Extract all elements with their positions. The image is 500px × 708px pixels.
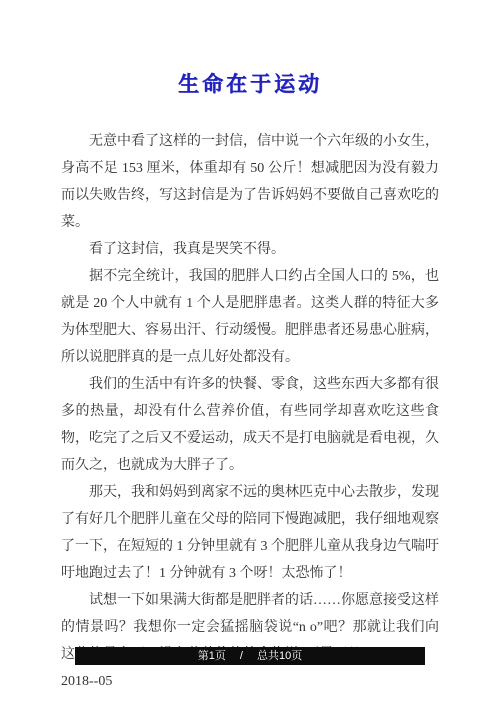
paragraph-reaction: 看了这封信，我真是哭笑不得。 <box>61 236 439 263</box>
date-line: 2018--05 <box>61 668 439 695</box>
footer-total-pages: 总共10页 <box>257 647 302 665</box>
document-title: 生命在于运动 <box>0 0 500 98</box>
page-footer-bar: 第1页/总共10页 <box>75 647 425 665</box>
document-page: 生命在于运动 无意中看了这样的一封信，信中说一个六年级的小女生，身高不足 153… <box>0 0 500 708</box>
paragraph-olympic-center: 那天，我和妈妈到离家不远的奥林匹克中心去散步，发现了有好几个肥胖儿童在父母的陪同… <box>61 479 439 587</box>
footer-separator: / <box>240 647 243 665</box>
paragraph-snacks: 我们的生活中有许多的快餐、零食，这些东西大多都有很多的热量，却没有什么营养价值，… <box>61 371 439 479</box>
footer-current-page: 第1页 <box>198 647 226 665</box>
paragraph-statistics: 据不完全统计，我国的肥胖人口约占全国人口的 5%，也就是 20 个人中就有 1 … <box>61 263 439 371</box>
document-body: 无意中看了这样的一封信，信中说一个六年级的小女生，身高不足 153 厘米，体重却… <box>61 128 439 695</box>
paragraph-intro-letter: 无意中看了这样的一封信，信中说一个六年级的小女生，身高不足 153 厘米，体重却… <box>61 128 439 236</box>
